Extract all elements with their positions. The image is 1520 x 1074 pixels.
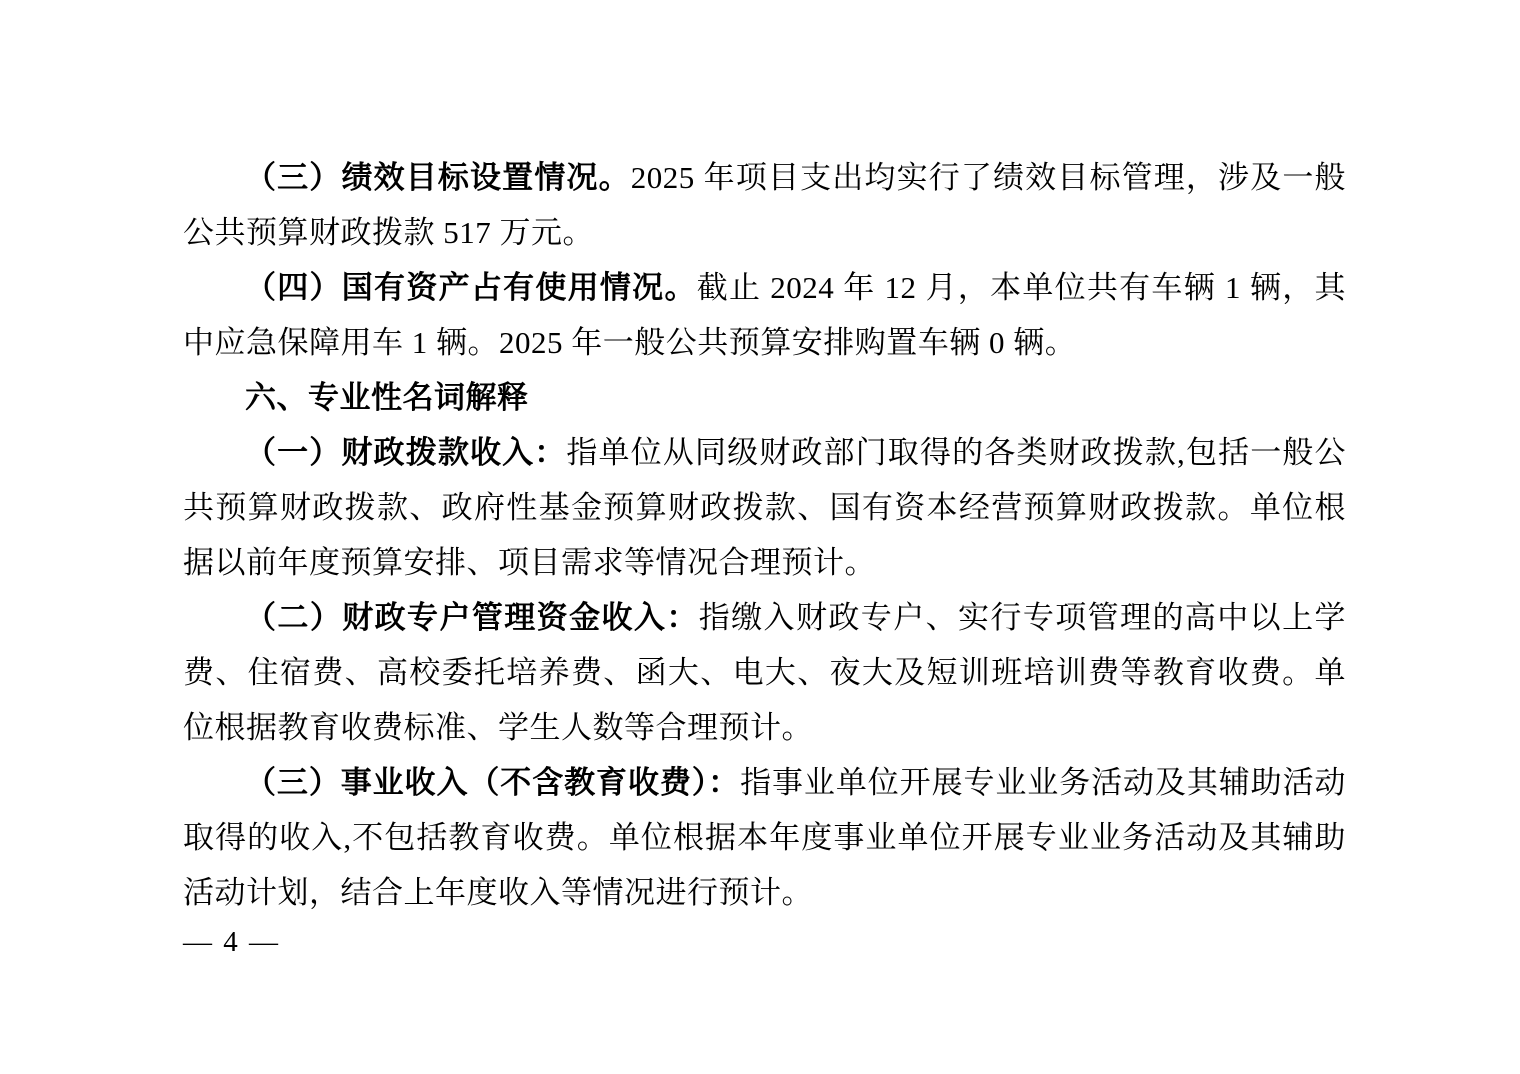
paragraph-lead: （二）财政专户管理资金收入： xyxy=(245,600,699,635)
paragraph-lead: （一）财政拨款收入： xyxy=(245,435,566,470)
paragraph-lead: （三）事业收入（不含教育收费）： xyxy=(245,765,740,800)
paragraph-state-assets: （四）国有资产占有使用情况。截止 2024 年 12 月，本单位共有车辆 1 辆… xyxy=(183,260,1346,370)
document-page: （三）绩效目标设置情况。2025 年项目支出均实行了绩效目标管理，涉及一般公共预… xyxy=(183,150,1346,962)
paragraph-lead: （三）绩效目标设置情况。 xyxy=(245,160,631,195)
paragraph-special-account-funds: （二）财政专户管理资金收入：指缴入财政专户、实行专项管理的高中以上学费、住宿费、… xyxy=(183,590,1346,755)
paragraph-fiscal-appropriation-income: （一）财政拨款收入：指单位从同级财政部门取得的各类财政拨款,包括一般公共预算财政… xyxy=(183,425,1346,590)
page-number: — 4 — xyxy=(183,922,1346,962)
paragraph-business-income: （三）事业收入（不含教育收费）：指事业单位开展专业业务活动及其辅助活动取得的收入… xyxy=(183,755,1346,920)
paragraph-performance-goals: （三）绩效目标设置情况。2025 年项目支出均实行了绩效目标管理，涉及一般公共预… xyxy=(183,150,1346,260)
paragraph-lead: （四）国有资产占有使用情况。 xyxy=(245,270,697,305)
section-heading-terminology: 六、专业性名词解释 xyxy=(183,370,1346,425)
